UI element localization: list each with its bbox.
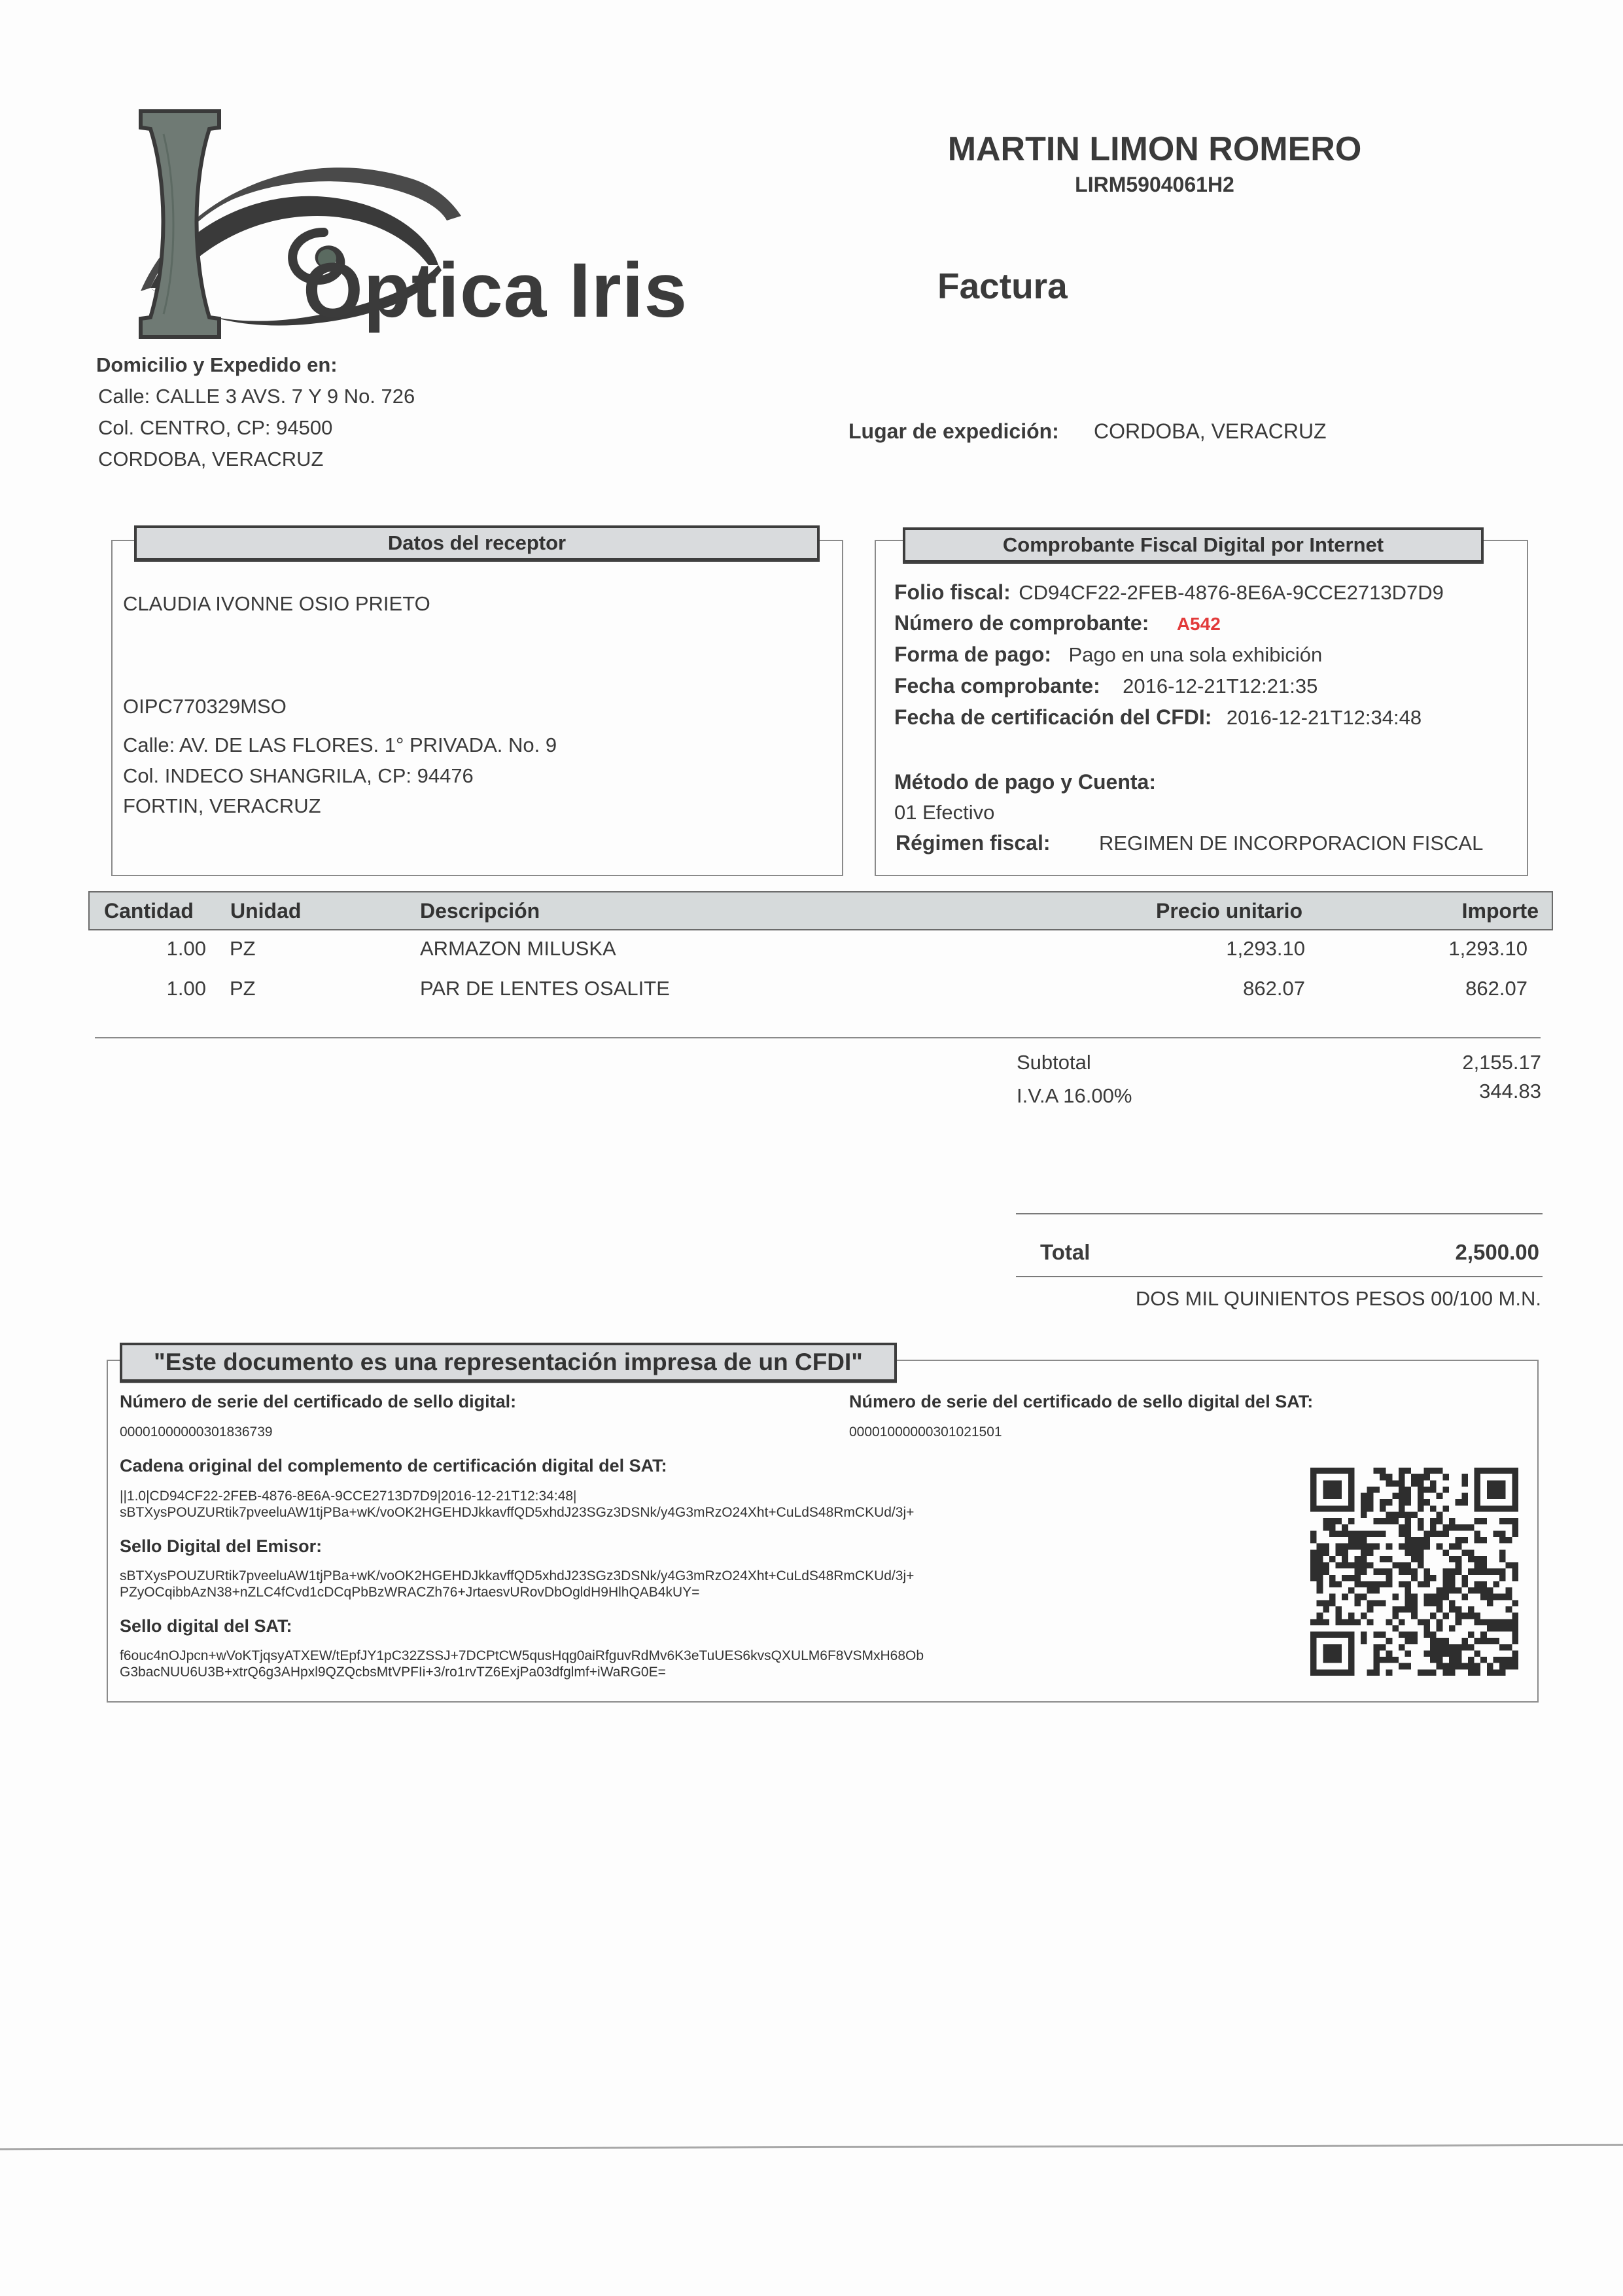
sello-sat-line: f6ouc4nOJpcn+wVoKTjqsyATXEW/tEpfJY1pC32Z… <box>120 1648 924 1665</box>
receptor-name: CLAUDIA IVONNE OSIO PRIETO <box>123 592 430 616</box>
col-precio-unitario: Precio unitario <box>1156 899 1302 923</box>
cert-emisor-value: 00001000000301836739 <box>120 1424 273 1441</box>
folio-fiscal-label: Folio fiscal: <box>894 580 1011 604</box>
cadena-original-label: Cadena original del complemento de certi… <box>120 1456 667 1476</box>
sello-sat-label: Sello digital del SAT: <box>120 1616 292 1636</box>
issuer-address-line: Calle: CALLE 3 AVS. 7 Y 9 No. 726 <box>98 385 415 408</box>
folio-fiscal-row: Folio fiscal: CD94CF22-2FEB-4876-8E6A-9C… <box>894 580 1444 605</box>
fecha-comprobante-row: Fecha comprobante: 2016-12-21T12:21:35 <box>894 674 1318 698</box>
receptor-address-line: Calle: AV. DE LAS FLORES. 1° PRIVADA. No… <box>123 733 557 757</box>
sello-emisor-label: Sello Digital del Emisor: <box>120 1536 322 1557</box>
items-table-header: Cantidad Unidad Descripción Precio unita… <box>88 891 1553 930</box>
items-divider <box>95 1037 1541 1038</box>
receptor-address-line: FORTIN, VERACRUZ <box>123 794 321 818</box>
cell-importe: 862.07 <box>1357 977 1527 1000</box>
fecha-certificacion-value: 2016-12-21T12:34:48 <box>1227 706 1422 729</box>
place-of-issue-label: Lugar de expedición: <box>848 419 1059 444</box>
cell-precio: 1,293.10 <box>1135 937 1305 961</box>
cell-precio: 862.07 <box>1135 977 1305 1000</box>
total-label: Total <box>1040 1240 1090 1265</box>
folio-fiscal-value: CD94CF22-2FEB-4876-8E6A-9CCE2713D7D9 <box>1019 581 1444 604</box>
total-value: 2,500.00 <box>1456 1240 1539 1265</box>
forma-pago-value: Pago en una sola exhibición <box>1068 643 1322 666</box>
cfdi-seals-title: "Este documento es una representación im… <box>120 1343 897 1382</box>
cell-unidad: PZ <box>230 977 256 1000</box>
cell-cantidad: 1.00 <box>88 977 206 1000</box>
issuer-address-label: Domicilio y Expedido en: <box>96 353 338 377</box>
document-type-title: Factura <box>937 265 1068 307</box>
cfdi-box-title: Comprobante Fiscal Digital por Internet <box>903 527 1484 563</box>
metodo-pago-value: 01 Efectivo <box>894 801 994 824</box>
regimen-fiscal-label: Régimen fiscal: <box>896 831 1051 855</box>
place-of-issue-value: CORDOBA, VERACRUZ <box>1094 419 1327 444</box>
metodo-pago-label: Método de pago y Cuenta: <box>894 770 1156 794</box>
cell-unidad: PZ <box>230 937 256 961</box>
page-edge-line <box>0 2144 1623 2150</box>
issuer-address-line: Col. CENTRO, CP: 94500 <box>98 416 332 440</box>
cadena-original-line: ||1.0|CD94CF22-2FEB-4876-8E6A-9CCE2713D7… <box>120 1488 577 1505</box>
fecha-certificacion-row: Fecha de certificación del CFDI: 2016-12… <box>894 705 1422 730</box>
cell-descripcion: PAR DE LENTES OSALITE <box>420 977 670 1000</box>
sello-emisor-line: PZyOCqibbAzN38+nZLC4fCvd1cDCqPbBzWRACZh7… <box>120 1584 699 1601</box>
subtotal-value: 2,155.17 <box>1462 1051 1541 1074</box>
cell-descripcion: ARMAZON MILUSKA <box>420 937 616 961</box>
cert-sat-value: 00001000000301021501 <box>849 1424 1002 1441</box>
cell-importe: 1,293.10 <box>1357 937 1527 961</box>
forma-pago-row: Forma de pago: Pago en una sola exhibici… <box>894 643 1322 667</box>
numero-comprobante-row: Número de comprobante: A542 <box>894 611 1221 635</box>
cert-emisor-label: Número de serie del certificado de sello… <box>120 1392 516 1412</box>
cell-cantidad: 1.00 <box>88 937 206 961</box>
regimen-fiscal-value: REGIMEN DE INCORPORACION FISCAL <box>1099 832 1483 855</box>
issuer-rfc: LIRM5904061H2 <box>929 173 1380 197</box>
sello-sat-line: G3bacNUU6U3B+xtrQ6g3AHpxl9QZQcbsMtVPFIi+… <box>120 1664 666 1681</box>
col-cantidad: Cantidad <box>104 899 194 923</box>
receptor-address-line: Col. INDECO SHANGRILA, CP: 94476 <box>123 764 474 788</box>
table-row: 1.00 PZ PAR DE LENTES OSALITE 862.07 862… <box>88 977 1550 1008</box>
col-descripcion: Descripción <box>420 899 540 923</box>
fecha-comprobante-label: Fecha comprobante: <box>894 674 1100 698</box>
numero-comprobante-label: Número de comprobante: <box>894 611 1149 635</box>
total-in-words: DOS MIL QUINIENTOS PESOS 00/100 M.N. <box>1136 1287 1541 1311</box>
col-importe: Importe <box>1462 899 1539 923</box>
table-row: 1.00 PZ ARMAZON MILUSKA 1,293.10 1,293.1… <box>88 937 1550 968</box>
numero-comprobante-value: A542 <box>1177 614 1221 634</box>
total-divider-bottom <box>1016 1276 1543 1277</box>
fecha-certificacion-label: Fecha de certificación del CFDI: <box>894 705 1212 729</box>
qr-code-icon <box>1310 1468 1518 1676</box>
logo-text: Optica Iris <box>303 252 688 329</box>
fecha-comprobante-value: 2016-12-21T12:21:35 <box>1123 675 1318 698</box>
cadena-original-line: sBTXysPOUZURtik7pveeluAW1tjPBa+wK/voOK2H… <box>120 1504 914 1521</box>
receptor-rfc: OIPC770329MSO <box>123 695 287 718</box>
subtotal-label: Subtotal <box>1017 1051 1091 1074</box>
cert-sat-label: Número de serie del certificado de sello… <box>849 1392 1313 1412</box>
iva-value: 344.83 <box>1479 1080 1541 1103</box>
sello-emisor-line: sBTXysPOUZURtik7pveeluAW1tjPBa+wK/voOK2H… <box>120 1568 914 1585</box>
receptor-box-title: Datos del receptor <box>134 525 820 561</box>
col-unidad: Unidad <box>230 899 301 923</box>
iva-label: I.V.A 16.00% <box>1017 1084 1132 1108</box>
forma-pago-label: Forma de pago: <box>894 643 1051 666</box>
total-divider-top <box>1016 1213 1543 1214</box>
issuer-address-line: CORDOBA, VERACRUZ <box>98 448 323 471</box>
issuer-name: MARTIN LIMON ROMERO <box>929 130 1380 169</box>
regimen-fiscal-row: Régimen fiscal: REGIMEN DE INCORPORACION… <box>896 831 1483 855</box>
